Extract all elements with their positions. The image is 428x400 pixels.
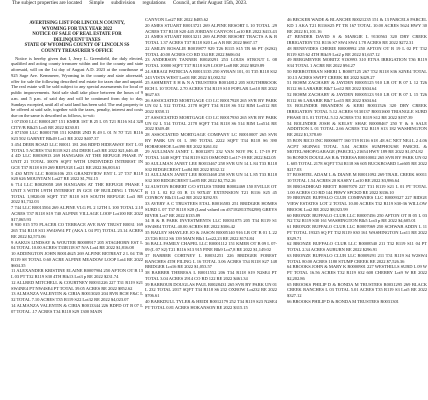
entry-list: 46 BECKER WADE & BLANCHE R0021235 151 & … xyxy=(287,17,427,305)
delinquent-property-entry: 39 BARBOUR DOUGLAS PAUL R0028431 265 SVR… xyxy=(145,282,277,299)
delinquent-property-entry: 59 BRONZE BUFFALO CLUB COMPANIES LLC R00… xyxy=(287,195,427,212)
delinquent-property-entry: 28 ASSOCIATED MORTGAGE COMPANY LC R00100… xyxy=(145,132,277,149)
delinquent-property-entry: 57 BOSHTEL ADAM L & DIANE M R0011092 269… xyxy=(287,172,427,184)
entry-list: 1 071500 LLC R0001207 151 KMER 1ST B 25 … xyxy=(11,119,143,315)
delinquent-property-entry: 2 071500 LLC R0001708 151 KMER 2ND B 49 … xyxy=(11,130,143,142)
delinquent-property-entry: 55 BON RICO INC R0006077 160 T19 R116 S1… xyxy=(287,138,427,155)
delinquent-property-entry: 20 AMES STUART R0013721 269 ALPINE RESOR… xyxy=(145,23,277,35)
delinquent-property-entry: 46 BECKER WADE & BLANCHE R0021235 151 & … xyxy=(287,17,427,34)
delinquent-property-entry: 9 AAKUS LINDSAY & WOUTER R0008917 205 ST… xyxy=(11,240,143,252)
delinquent-property-entry: 66 BROOKS PHILIP D & RONDA M TRUSTEES R0… xyxy=(287,299,427,305)
delinquent-property-entry: 32 AUSTON ROBERT C/O STILES TERRI R00024… xyxy=(145,184,277,201)
delinquent-property-entry: 3 454 DEER ROAD LLC R0011 181 266 BDFD H… xyxy=(11,142,143,154)
delinquent-property-entry: 10 ADDINGTON JOHN R0014625 269 ALPINE RE… xyxy=(11,251,143,268)
delinquent-property-entry: 65 BROOKS PHILIP D & RONDA M TRUSTEES R0… xyxy=(287,282,427,299)
delinquent-property-entry: 64 BROOKS JOHN & MARY K R0000901 227 WES… xyxy=(287,264,427,281)
delinquent-property-entry: 38 BARBER THERESA L R0011552 206 T34 R11… xyxy=(145,270,277,282)
delinquent-property-entry: 49 BERGMEYER MORITZ 9130993 310 ETNA IRR… xyxy=(287,57,427,69)
delinquent-property-entry: 54 BOLINDER JOSH & KELSY SHAE R0008467 2… xyxy=(287,121,427,138)
strip-text: The subject properties are located xyxy=(12,0,82,6)
notice-intro: Notice is hereby given that I, Jerry L. … xyxy=(11,56,143,119)
delinquent-property-entry: 34 B & B PARK INVESTMENTS LLC R0031075 2… xyxy=(145,218,277,230)
previous-notice-strip: The subject properties are located Simpl… xyxy=(12,0,272,6)
delinquent-property-entry: 40 BARKDULL TYLER & HEIDI R0012179 252 T… xyxy=(145,299,277,311)
delinquent-property-entry: 27 ASSOCIATED MORTGAGE CO LC R0017930 26… xyxy=(145,115,277,132)
delinquent-property-entry: 56 BONEN DOUGLAS R & TERESA R0010002 265… xyxy=(287,155,427,172)
delinquent-property-entry: 47 BENDER DAVID S & MARGIE L 9130563 320… xyxy=(287,34,427,46)
delinquent-property-entry: 58 BROADHEAD BRETT R0007070 227 T31 R119… xyxy=(287,184,427,196)
delinquent-property-entry: 13 ALMANZA VALENTIN & CIRIA R0013020 204… xyxy=(11,291,143,303)
delinquent-property-entry: 63 BRONZE BUFFALO CLUB LLC R0009291 211 … xyxy=(287,253,427,265)
delinquent-property-entry: 14 ALMANZA VALENTIN & CIRIA R0013344 226… xyxy=(11,303,143,315)
delinquent-property-entry: 35 BAILEY SHAYLEE JO & JASON R0005140 91… xyxy=(145,230,277,242)
delinquent-property-entry: 53 BOLINDER BRANDEN & KERI R0031526 320 … xyxy=(287,103,427,120)
strip-text: Council, at their August 15th, 2023. xyxy=(173,0,247,6)
delinquent-property-entry: 29 AULLMAN JANET L R0012871 232 VAN NOY … xyxy=(145,149,277,161)
delinquent-property-entry: 61 BRONZE BUFFALO CLUB LLC R0007069 250 … xyxy=(287,224,427,241)
delinquent-property-entry: 23 ANDERSON TANNER R0020291 253 LOUIS ST… xyxy=(145,57,277,69)
delinquent-property-entry: 62 BRONZE BUFFALO CLUB LLC R0008540 211 … xyxy=(287,241,427,253)
delinquent-property-entry: 7 744 LLC R0013504 269 ALPINE VLG PL 2 1… xyxy=(11,205,143,222)
delinquent-property-entry: 1 071500 LLC R0001207 151 KMER 1ST B 25 … xyxy=(11,119,143,131)
delinquent-property-entry: 50 BERROTERAN SHERI L R0007125 267 T32 R… xyxy=(287,69,427,81)
delinquent-property-entry: 25 ASHMENT E H & N A TRUSTEES R0014812 2… xyxy=(145,80,277,97)
notice-headline: AVERTISING LIST FOR LINCOLN COUNTY, WYOM… xyxy=(11,21,143,55)
headline-line: AVERTISING LIST FOR LINCOLN COUNTY, xyxy=(11,21,143,27)
column-1: AVERTISING LIST FOR LINCOLN COUNTY, WYOM… xyxy=(11,19,143,400)
column-2: CANYON Lot27 RE 2022 $485.6220 AMES STUA… xyxy=(145,17,277,398)
delinquent-property-entry: 26 ASSOCIATED MORTGAGE CO LC R0017928 26… xyxy=(145,98,277,115)
delinquent-property-entry: 30 AULLMAN JANET LEE R0013467 258 SVR UN… xyxy=(145,161,277,173)
delinquent-property-entry: 52 BOHM ZACHARY & JAYDEN R0005123 910 LB… xyxy=(287,92,427,104)
delinquent-property-entry: 37 BARBER CORTNEY L R0031251 226 BRIDGER… xyxy=(145,253,277,270)
delinquent-property-entry: 12 ALLRED MITCHELL & COURTNEY R0031226 2… xyxy=(11,280,143,292)
strip-text: Simple xyxy=(89,0,104,6)
delinquent-property-entry: 21 AMES STUART R0013211 269 ALPINE RESOR… xyxy=(145,34,277,46)
delinquent-property-entry: 33 AVERY A C TRUSTEES ETAL R0016583 251 … xyxy=(145,201,277,218)
delinquent-property-entry: 6 714 LLC R0029058 269 HANGARS AT THE RE… xyxy=(11,182,143,205)
delinquent-property-entry: 24 ARRAGI PATRICIA A R0013135 250 SYRAN … xyxy=(145,69,277,81)
delinquent-property-entry: 36 BALL FAMILY CHAPEL LLC R0001112 151 K… xyxy=(145,241,277,253)
column-3: 46 BECKER WADE & BLANCHE R0021235 151 & … xyxy=(287,17,427,398)
delinquent-property-entry: 22 AMLIN ROSALIE R0019877 929 T26 R115 S… xyxy=(145,46,277,58)
delinquent-property-entry: 5 430 MTN LLC R0016106 253 GRANDVIEW ENT… xyxy=(11,171,143,183)
delinquent-property-entry: 4 4D LLC R0030913 269 HANGARS AT THE REF… xyxy=(11,153,143,170)
delinquent-property-entry: 60 BRONZE BUFFALO CLUB LLC R0007456 250 … xyxy=(287,213,427,225)
strip-text: regulations xyxy=(143,0,166,6)
delinquent-property-entry: 51 BOHM ZACHARY & JAYDEN R0005125 910 LB… xyxy=(287,80,427,92)
delinquent-property-entry: 8 930 015 570 PLACER CO TERRACE AVE BAY … xyxy=(11,222,143,239)
entry-list: CANYON Lot27 RE 2022 $485.6220 AMES STUA… xyxy=(145,17,277,310)
delinquent-property-entry: 31 AULLMAN JANET LEE R0013468 258 SVR UN… xyxy=(145,172,277,184)
delinquent-property-entry: 11 ALEXANDER KRISTINE ELAINE R0007904 25… xyxy=(11,268,143,280)
delinquent-property-entry: 48 BENEVIDES CHERIE R0008992 250 AFTON O… xyxy=(287,46,427,58)
headline-line: COUNTY TREASURER'S OFFICE xyxy=(11,49,143,55)
strip-text: subdivision xyxy=(111,0,135,6)
